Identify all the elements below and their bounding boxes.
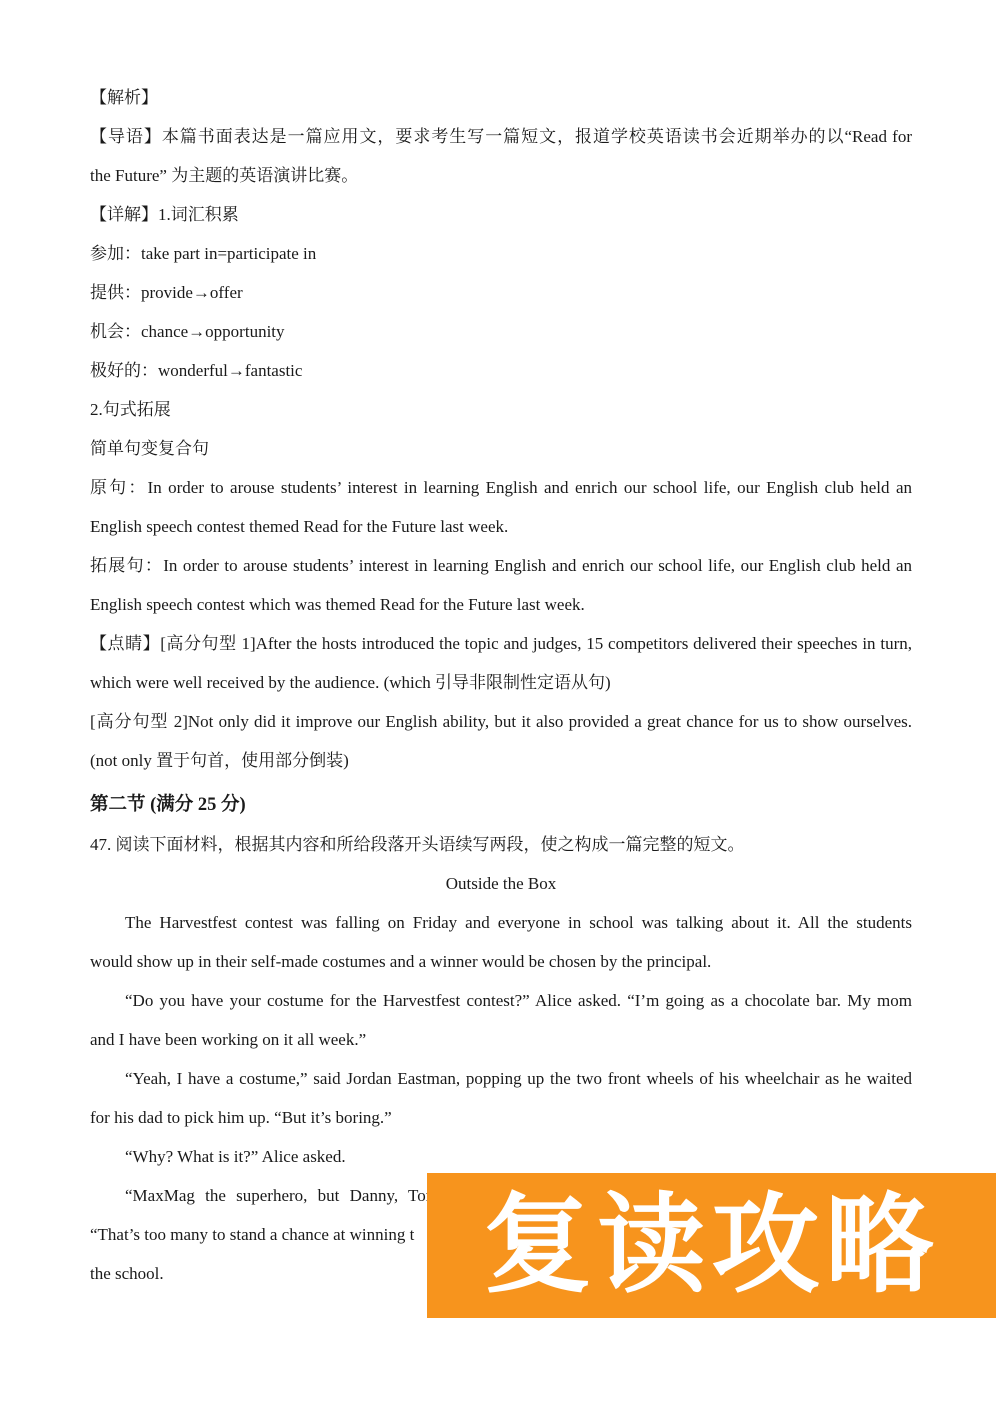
text-line: for his dad to pick him up. “But it’s bo… (90, 1098, 912, 1137)
watermark-text: 复读攻略 (483, 1192, 939, 1300)
text-line: The Harvestfest contest was falling on F… (90, 903, 912, 942)
text-line: 机会：chance→opportunity (90, 312, 912, 351)
text-line: 极好的：wonderful→fantastic (90, 351, 912, 390)
watermark-banner: 复读攻略 (427, 1173, 996, 1318)
document-lines: 【解析】【导语】本篇书面表达是一篇应用文，要求考生写一篇短文，报道学校英语读书会… (90, 78, 912, 1293)
text-line: 提供：provide→offer (90, 273, 912, 312)
text-line: (not only 置于句首，使用部分倒装) (90, 741, 912, 780)
text-line: 【解析】 (90, 78, 912, 117)
text-line: “Why? What is it?” Alice asked. (90, 1137, 912, 1176)
text-line: Outside the Box (90, 864, 912, 903)
text-line: 第二节 (满分 25 分) (90, 786, 912, 825)
document-page: 【解析】【导语】本篇书面表达是一篇应用文，要求考生写一篇短文，报道学校英语读书会… (0, 0, 1000, 1414)
text-line: 【点睛】[高分句型 1]After the hosts introduced t… (90, 624, 912, 663)
text-line: 47. 阅读下面材料，根据其内容和所给段落开头语续写两段，使之构成一篇完整的短文… (90, 825, 912, 864)
text-line: “Yeah, I have a costume,” said Jordan Ea… (90, 1059, 912, 1098)
text-line: 2.句式拓展 (90, 390, 912, 429)
text-line: 拓展句：In order to arouse students’ interes… (90, 546, 912, 585)
text-line: and I have been working on it all week.” (90, 1020, 912, 1059)
text-line: the Future” 为主题的英语演讲比赛。 (90, 156, 912, 195)
text-line: “Do you have your costume for the Harves… (90, 981, 912, 1020)
text-line: which were well received by the audience… (90, 663, 912, 702)
text-line: English speech contest themed Read for t… (90, 507, 912, 546)
text-line: [高分句型 2]Not only did it improve our Engl… (90, 702, 912, 741)
text-line: English speech contest which was themed … (90, 585, 912, 624)
text-line: 参加：take part in=participate in (90, 234, 912, 273)
text-line: would show up in their self-made costume… (90, 942, 912, 981)
text-line: 【详解】1.词汇积累 (90, 195, 912, 234)
text-line: 简单句变复合句 (90, 429, 912, 468)
text-line: 原句：In order to arouse students’ interest… (90, 468, 912, 507)
text-line: 【导语】本篇书面表达是一篇应用文，要求考生写一篇短文，报道学校英语读书会近期举办… (90, 117, 912, 156)
